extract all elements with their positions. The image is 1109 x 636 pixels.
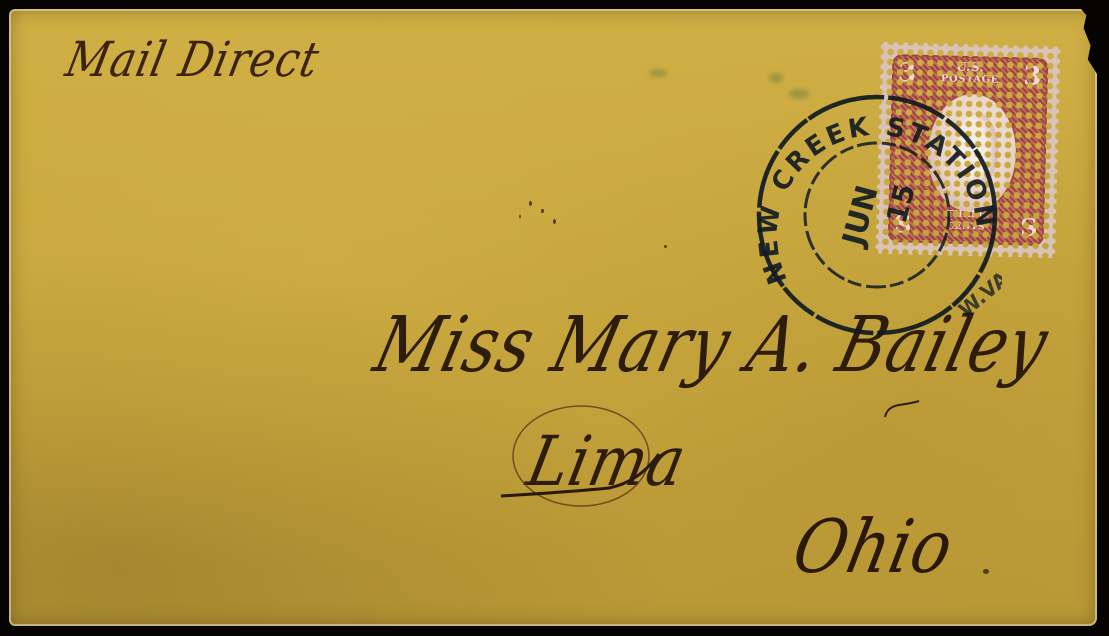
stamp-portrait-oval	[924, 91, 1019, 215]
postage-stamp: U.S. POSTAGE 3 3 THREE CENTS S S	[875, 42, 1060, 259]
docket-notation: Mail Direct	[61, 31, 325, 87]
scan-background: Mail Direct Miss Mary A. Bailey Lima Ohi…	[0, 0, 1109, 636]
stain	[789, 89, 809, 99]
stamp-corner-letter: S	[1020, 212, 1039, 241]
stamp-frame: U.S. POSTAGE 3 3 THREE CENTS S S	[888, 54, 1049, 246]
stamp-corner-letter: S	[894, 209, 913, 238]
ink-speck	[541, 209, 544, 213]
stain	[649, 69, 667, 77]
washington-portrait-icon	[957, 112, 999, 183]
stamp-denomination: 3	[898, 58, 917, 88]
stamp-denomination: 3	[1023, 61, 1042, 91]
address-state: Ohio	[786, 505, 961, 590]
torn-corner	[1071, 7, 1099, 77]
address-city: Lima	[520, 422, 693, 503]
addressee-name: Miss Mary A. Bailey	[366, 302, 1057, 391]
ink-speck	[983, 569, 989, 574]
name-flourish	[869, 389, 929, 429]
stain	[769, 73, 783, 83]
ink-speck	[529, 201, 532, 206]
ink-speck	[519, 215, 521, 218]
ink-speck	[664, 245, 667, 248]
ink-speck	[553, 219, 556, 224]
